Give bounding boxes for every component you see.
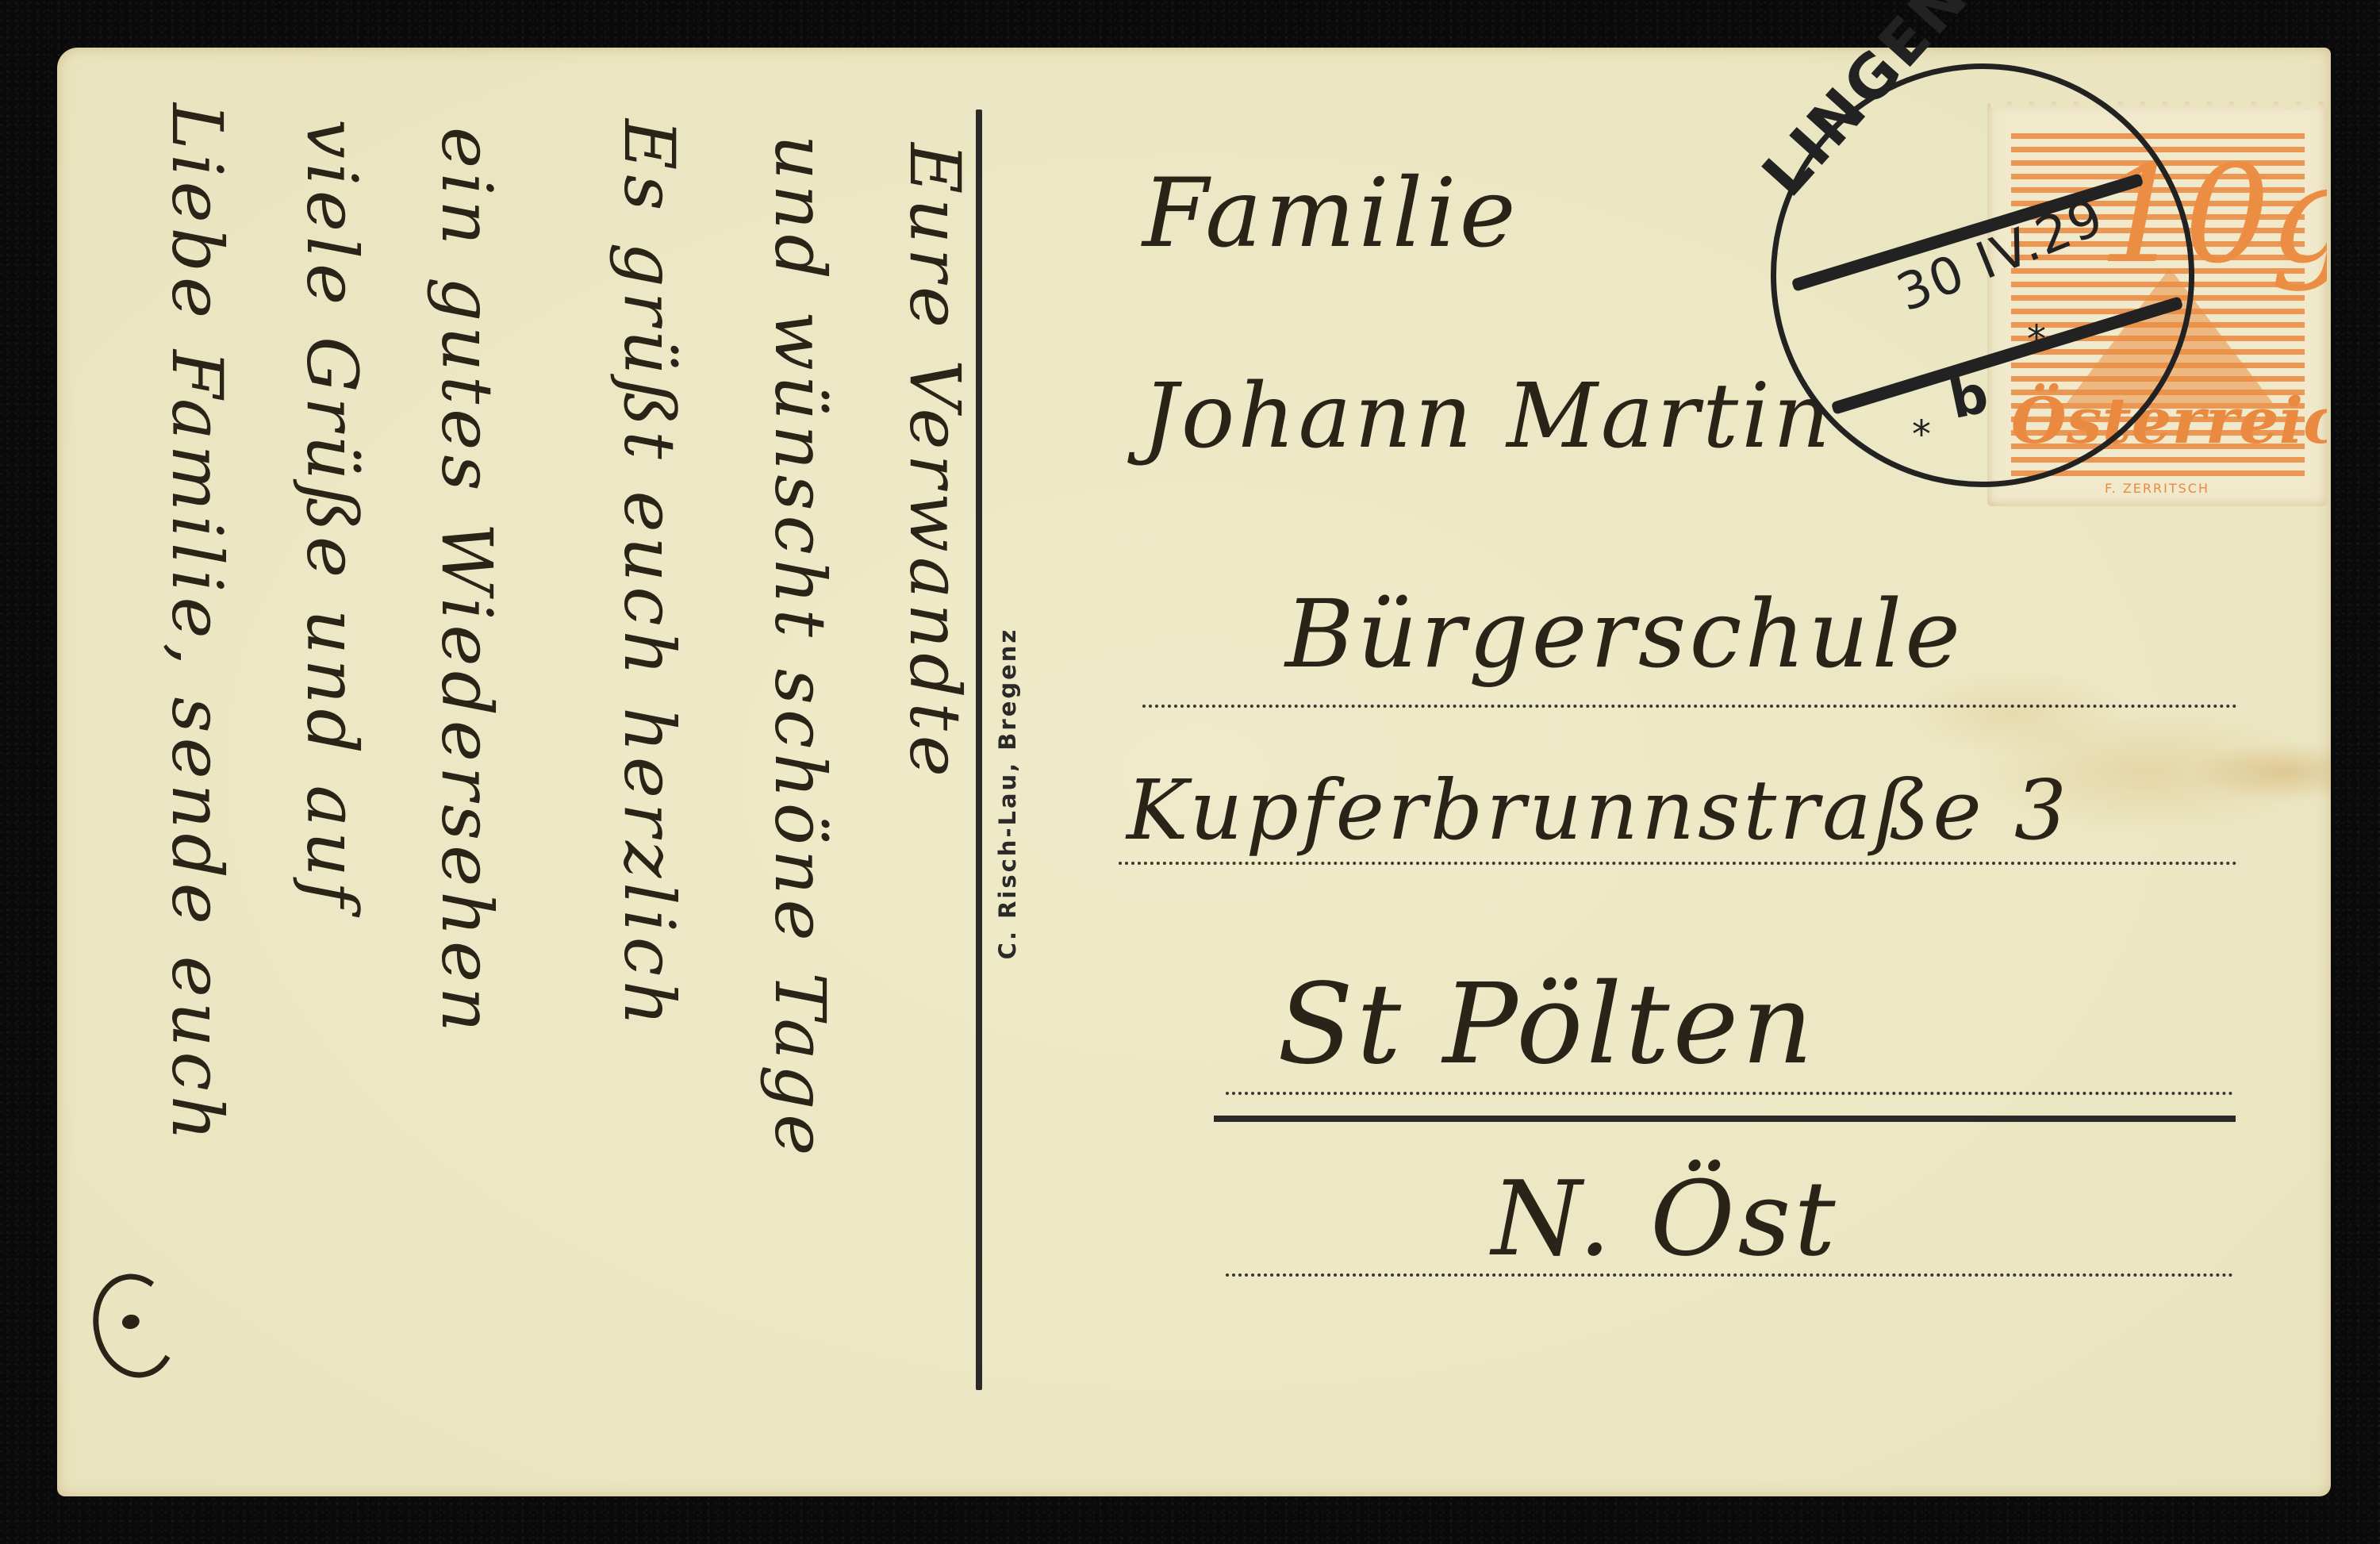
star-icon: *: [1912, 413, 1931, 457]
message-column-1: Liebe Familie, sende euch: [156, 103, 238, 1146]
message-column-3: ein gutes Wiedersehen: [426, 127, 508, 1037]
center-divider: [976, 109, 982, 1390]
address-line-3: [1226, 1092, 2233, 1095]
address-line-solid: [1214, 1116, 2236, 1122]
address-institution: Bürgerschule: [1285, 579, 1963, 689]
address-name: Johann Martin: [1142, 365, 1833, 468]
address-region: N. Öst: [1491, 1158, 1839, 1279]
address-city: St Pölten: [1277, 960, 1817, 1089]
message-column-2: viele Grüße und auf: [291, 119, 373, 912]
address-street: Kupferbrunnstraße 3: [1127, 762, 2070, 858]
star-icon: *: [2027, 317, 2046, 362]
message-column-5: und wünscht schöne Tage: [759, 135, 841, 1160]
stamp-artist: F. ZERRITSCH: [1987, 481, 2327, 496]
address-salutation: Familie: [1142, 159, 1519, 269]
address-line-2: [1119, 862, 2237, 865]
publisher-credit: C. Risch-Lau, Bregenz: [994, 628, 1021, 960]
message-column-6: Eure Verwandte: [894, 143, 976, 782]
address-line-1: [1142, 705, 2237, 708]
message-column-4: Es grüßt euch herzlich: [608, 119, 690, 1031]
